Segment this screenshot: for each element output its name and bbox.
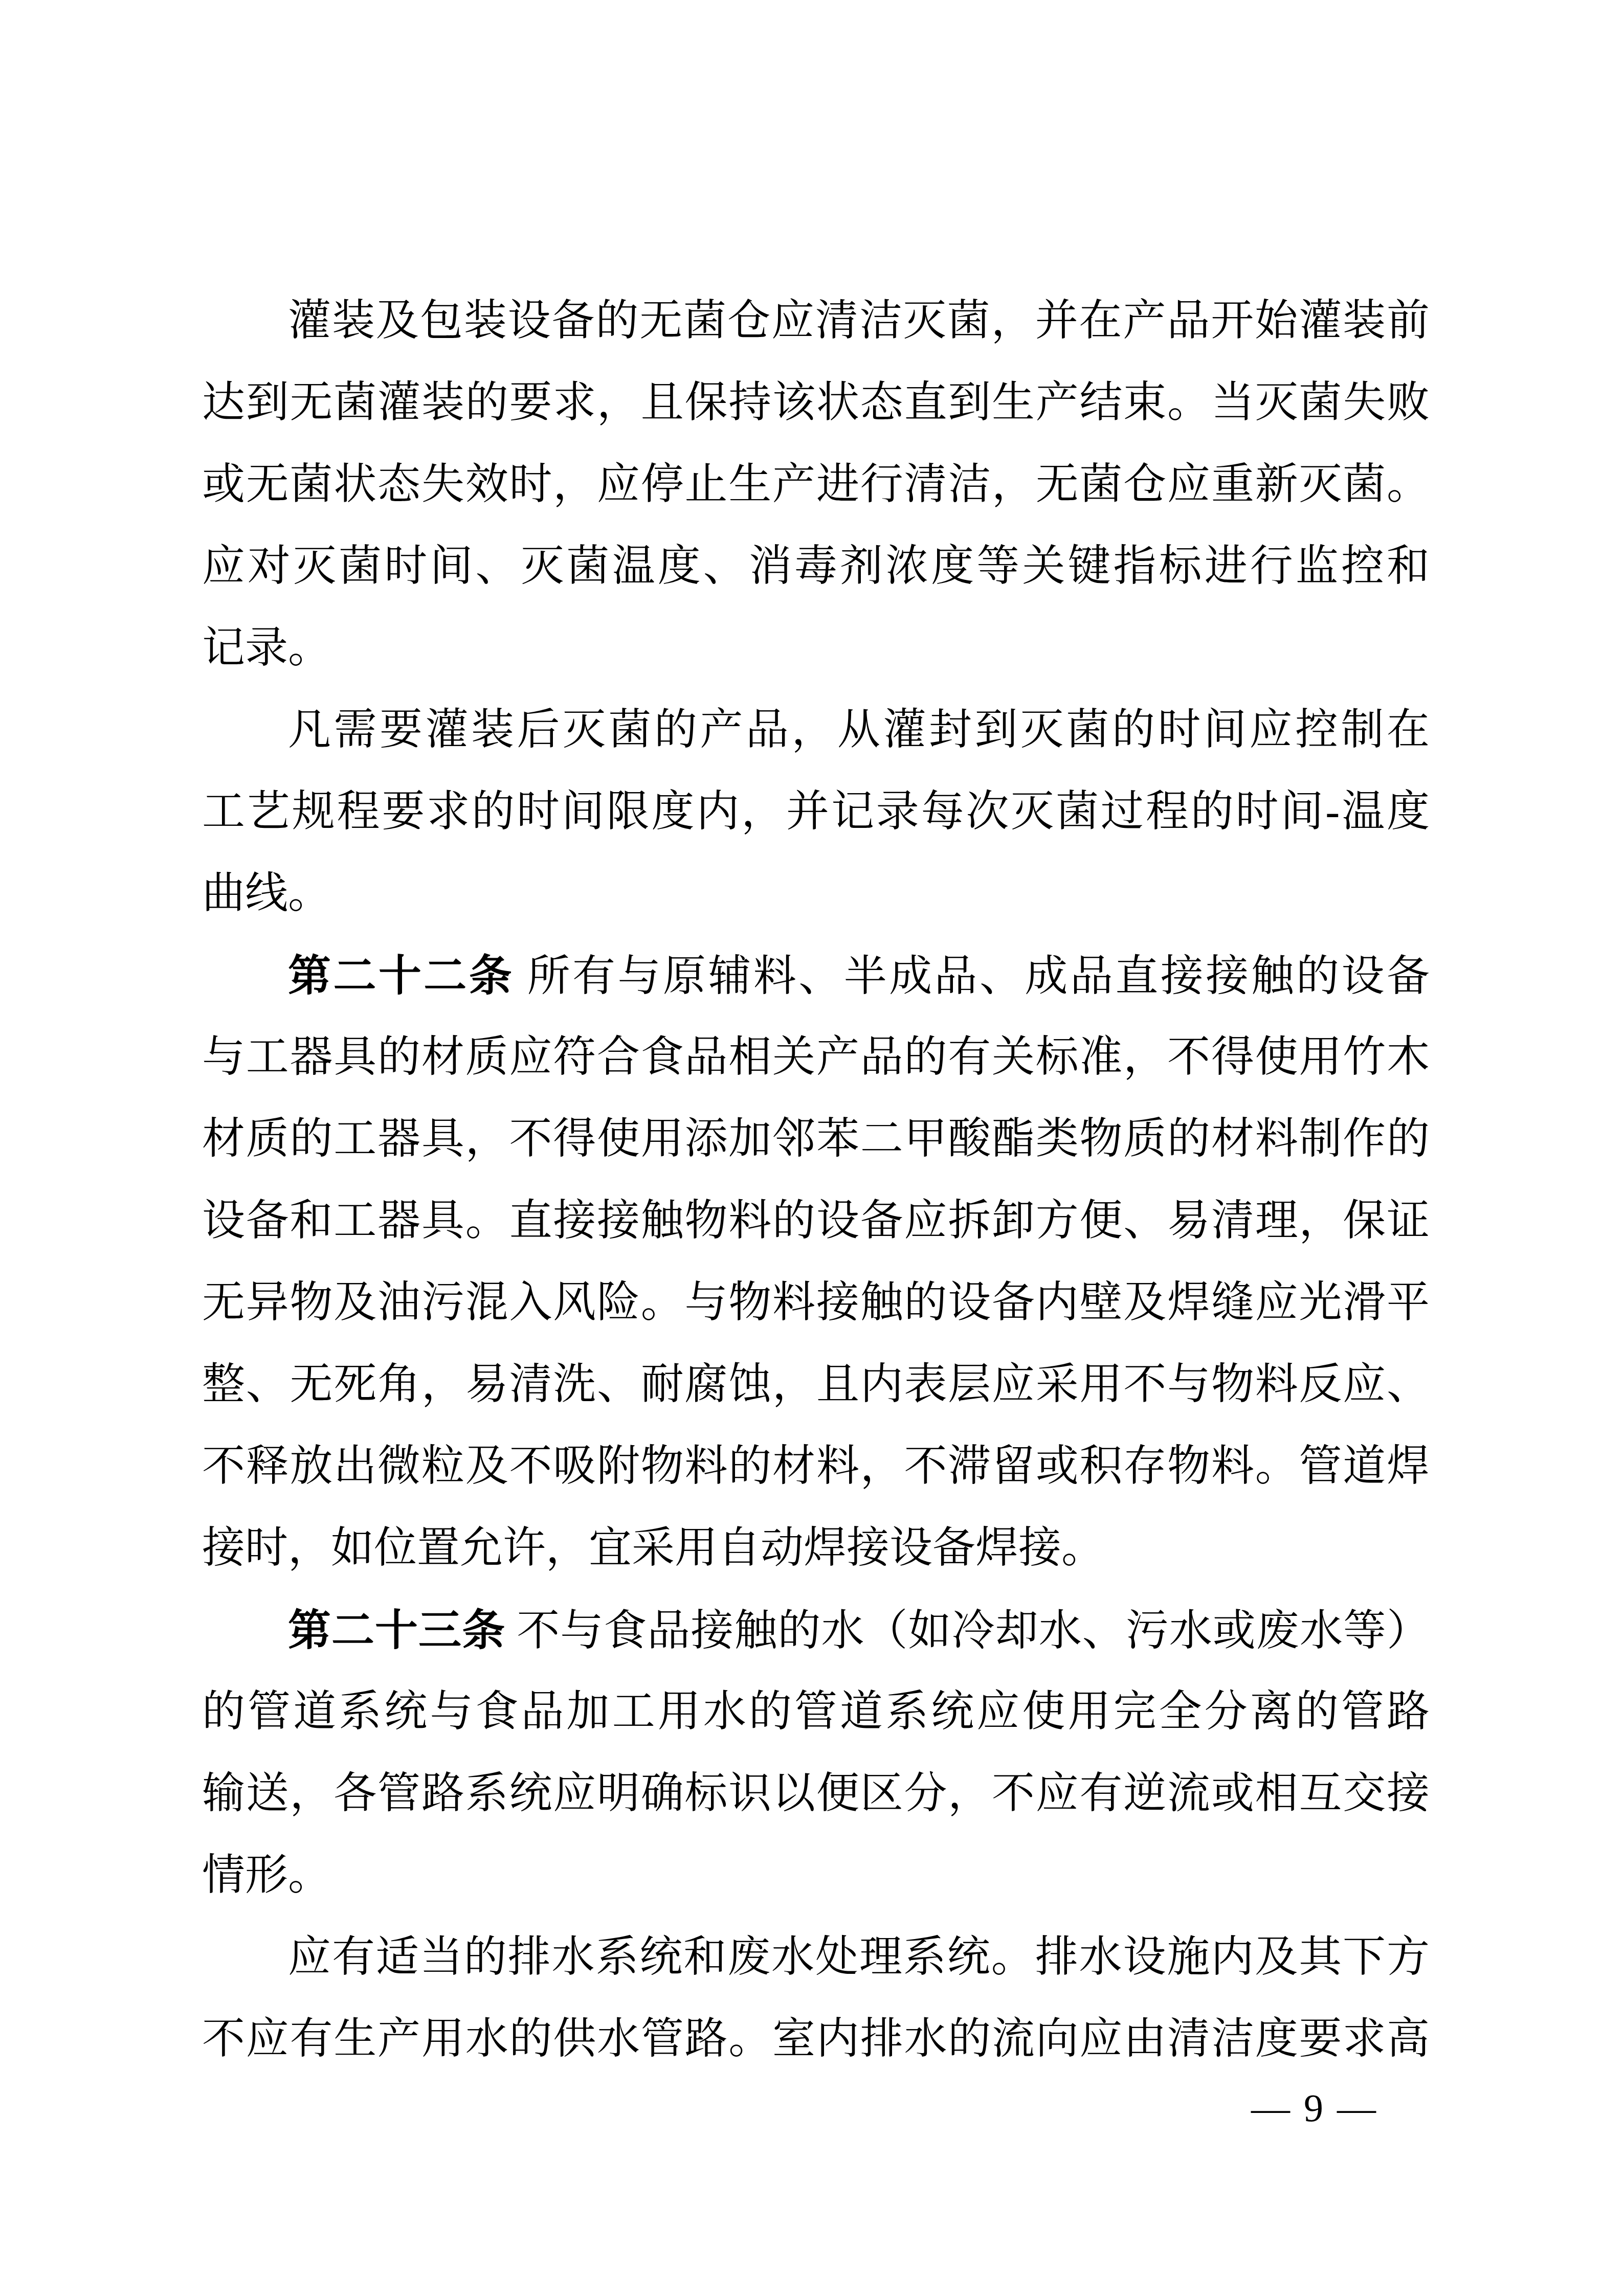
text-run: 与工器具的材质应符合食品相关产品的有关标准，不得使用竹木 (202, 1033, 1430, 1081)
text-line: 无异物及油污混入风险。与物料接触的设备内壁及焊缝应光滑平 (202, 1262, 1430, 1344)
text-run: 记录。 (202, 624, 331, 672)
text-run: 曲线。 (202, 870, 331, 917)
text-run: 设备和工器具。直接接触物料的设备应拆卸方便、易清理，保证 (202, 1197, 1430, 1245)
page-number: — 9 — (1228, 2080, 1401, 2136)
text-run: 整、无死角，易清洗、耐腐蚀，且内表层应采用不与物料反应、 (202, 1361, 1430, 1408)
text-line: 记录。 (202, 607, 1430, 689)
article-number: 第二十三条 (288, 1606, 505, 1654)
text-line: 第二十三条 不与食品接触的水（如冷却水、污水或废水等） (202, 1589, 1430, 1671)
text-run: 凡需要灌装后灭菌的产品，从灌封到灭菌的时间应控制在 (288, 706, 1430, 754)
text-run: 达到无菌灌装的要求，且保持该状态直到生产结束。当灭菌失败 (202, 379, 1430, 426)
text-line: 第二十二条 所有与原辅料、半成品、成品直接接触的设备 (202, 935, 1430, 1017)
text-run: 接时，如位置允许，宜采用自动焊接设备焊接。 (202, 1524, 1104, 1572)
text-line: 材质的工器具，不得使用添加邻苯二甲酸酯类物质的材料制作的 (202, 1098, 1430, 1180)
text-run: 输送，各管路系统应明确标识以便区分，不应有逆流或相互交接 (202, 1770, 1430, 1817)
text-run: 或无菌状态失效时，应停止生产进行清洁，无菌仓应重新灭菌。 (202, 461, 1430, 508)
text-run: 材质的工器具，不得使用添加邻苯二甲酸酯类物质的材料制作的 (202, 1115, 1430, 1163)
text-line: 应有适当的排水系统和废水处理系统。排水设施内及其下方 (202, 1917, 1430, 1998)
text-line: 应对灭菌时间、灭菌温度、消毒剂浓度等关键指标进行监控和 (202, 526, 1430, 607)
text-line: 设备和工器具。直接接触物料的设备应拆卸方便、易清理，保证 (202, 1180, 1430, 1262)
text-run: 无异物及油污混入风险。与物料接触的设备内壁及焊缝应光滑平 (202, 1279, 1430, 1326)
text-line: 灌装及包装设备的无菌仓应清洁灭菌，并在产品开始灌装前 (202, 280, 1430, 362)
text-line: 或无菌状态失效时，应停止生产进行清洁，无菌仓应重新灭菌。 (202, 444, 1430, 526)
text-run: 的管道系统与食品加工用水的管道系统应使用完全分离的管路 (202, 1688, 1430, 1736)
text-run: 应对灭菌时间、灭菌温度、消毒剂浓度等关键指标进行监控和 (202, 543, 1430, 590)
text-run: 不应有生产用水的供水管路。室内排水的流向应由清洁度要求高 (202, 2015, 1430, 2063)
document-body: 灌装及包装设备的无菌仓应清洁灭菌，并在产品开始灌装前达到无菌灌装的要求，且保持该… (202, 280, 1430, 2080)
text-run: 工艺规程要求的时间限度内，并记录每次灭菌过程的时间-温度 (202, 788, 1430, 836)
text-line: 与工器具的材质应符合食品相关产品的有关标准，不得使用竹木 (202, 1017, 1430, 1098)
text-line: 曲线。 (202, 853, 1430, 935)
document-page: 灌装及包装设备的无菌仓应清洁灭菌，并在产品开始灌装前达到无菌灌装的要求，且保持该… (0, 0, 1624, 2296)
text-run: 不释放出微粒及不吸附物料的材料，不滞留或积存物料。管道焊 (202, 1443, 1430, 1490)
text-line: 不应有生产用水的供水管路。室内排水的流向应由清洁度要求高 (202, 1998, 1430, 2080)
text-line: 不释放出微粒及不吸附物料的材料，不滞留或积存物料。管道焊 (202, 1426, 1430, 1507)
text-run: 灌装及包装设备的无菌仓应清洁灭菌，并在产品开始灌装前 (288, 297, 1430, 345)
text-line: 接时，如位置允许，宜采用自动焊接设备焊接。 (202, 1507, 1430, 1589)
text-run: 不与食品接触的水（如冷却水、污水或废水等） (505, 1607, 1430, 1655)
text-line: 整、无死角，易清洗、耐腐蚀，且内表层应采用不与物料反应、 (202, 1344, 1430, 1426)
text-run: 情形。 (202, 1852, 331, 1899)
text-line: 工艺规程要求的时间限度内，并记录每次灭菌过程的时间-温度 (202, 771, 1430, 853)
text-line: 的管道系统与食品加工用水的管道系统应使用完全分离的管路 (202, 1671, 1430, 1753)
article-number: 第二十二条 (288, 952, 514, 1000)
text-line: 达到无菌灌装的要求，且保持该状态直到生产结束。当灭菌失败 (202, 362, 1430, 444)
text-run: 应有适当的排水系统和废水处理系统。排水设施内及其下方 (288, 1933, 1430, 1981)
text-line: 情形。 (202, 1835, 1430, 1917)
text-line: 输送，各管路系统应明确标识以便区分，不应有逆流或相互交接 (202, 1753, 1430, 1835)
text-run: 所有与原辅料、半成品、成品直接接触的设备 (514, 953, 1430, 1000)
text-line: 凡需要灌装后灭菌的产品，从灌封到灭菌的时间应控制在 (202, 689, 1430, 771)
